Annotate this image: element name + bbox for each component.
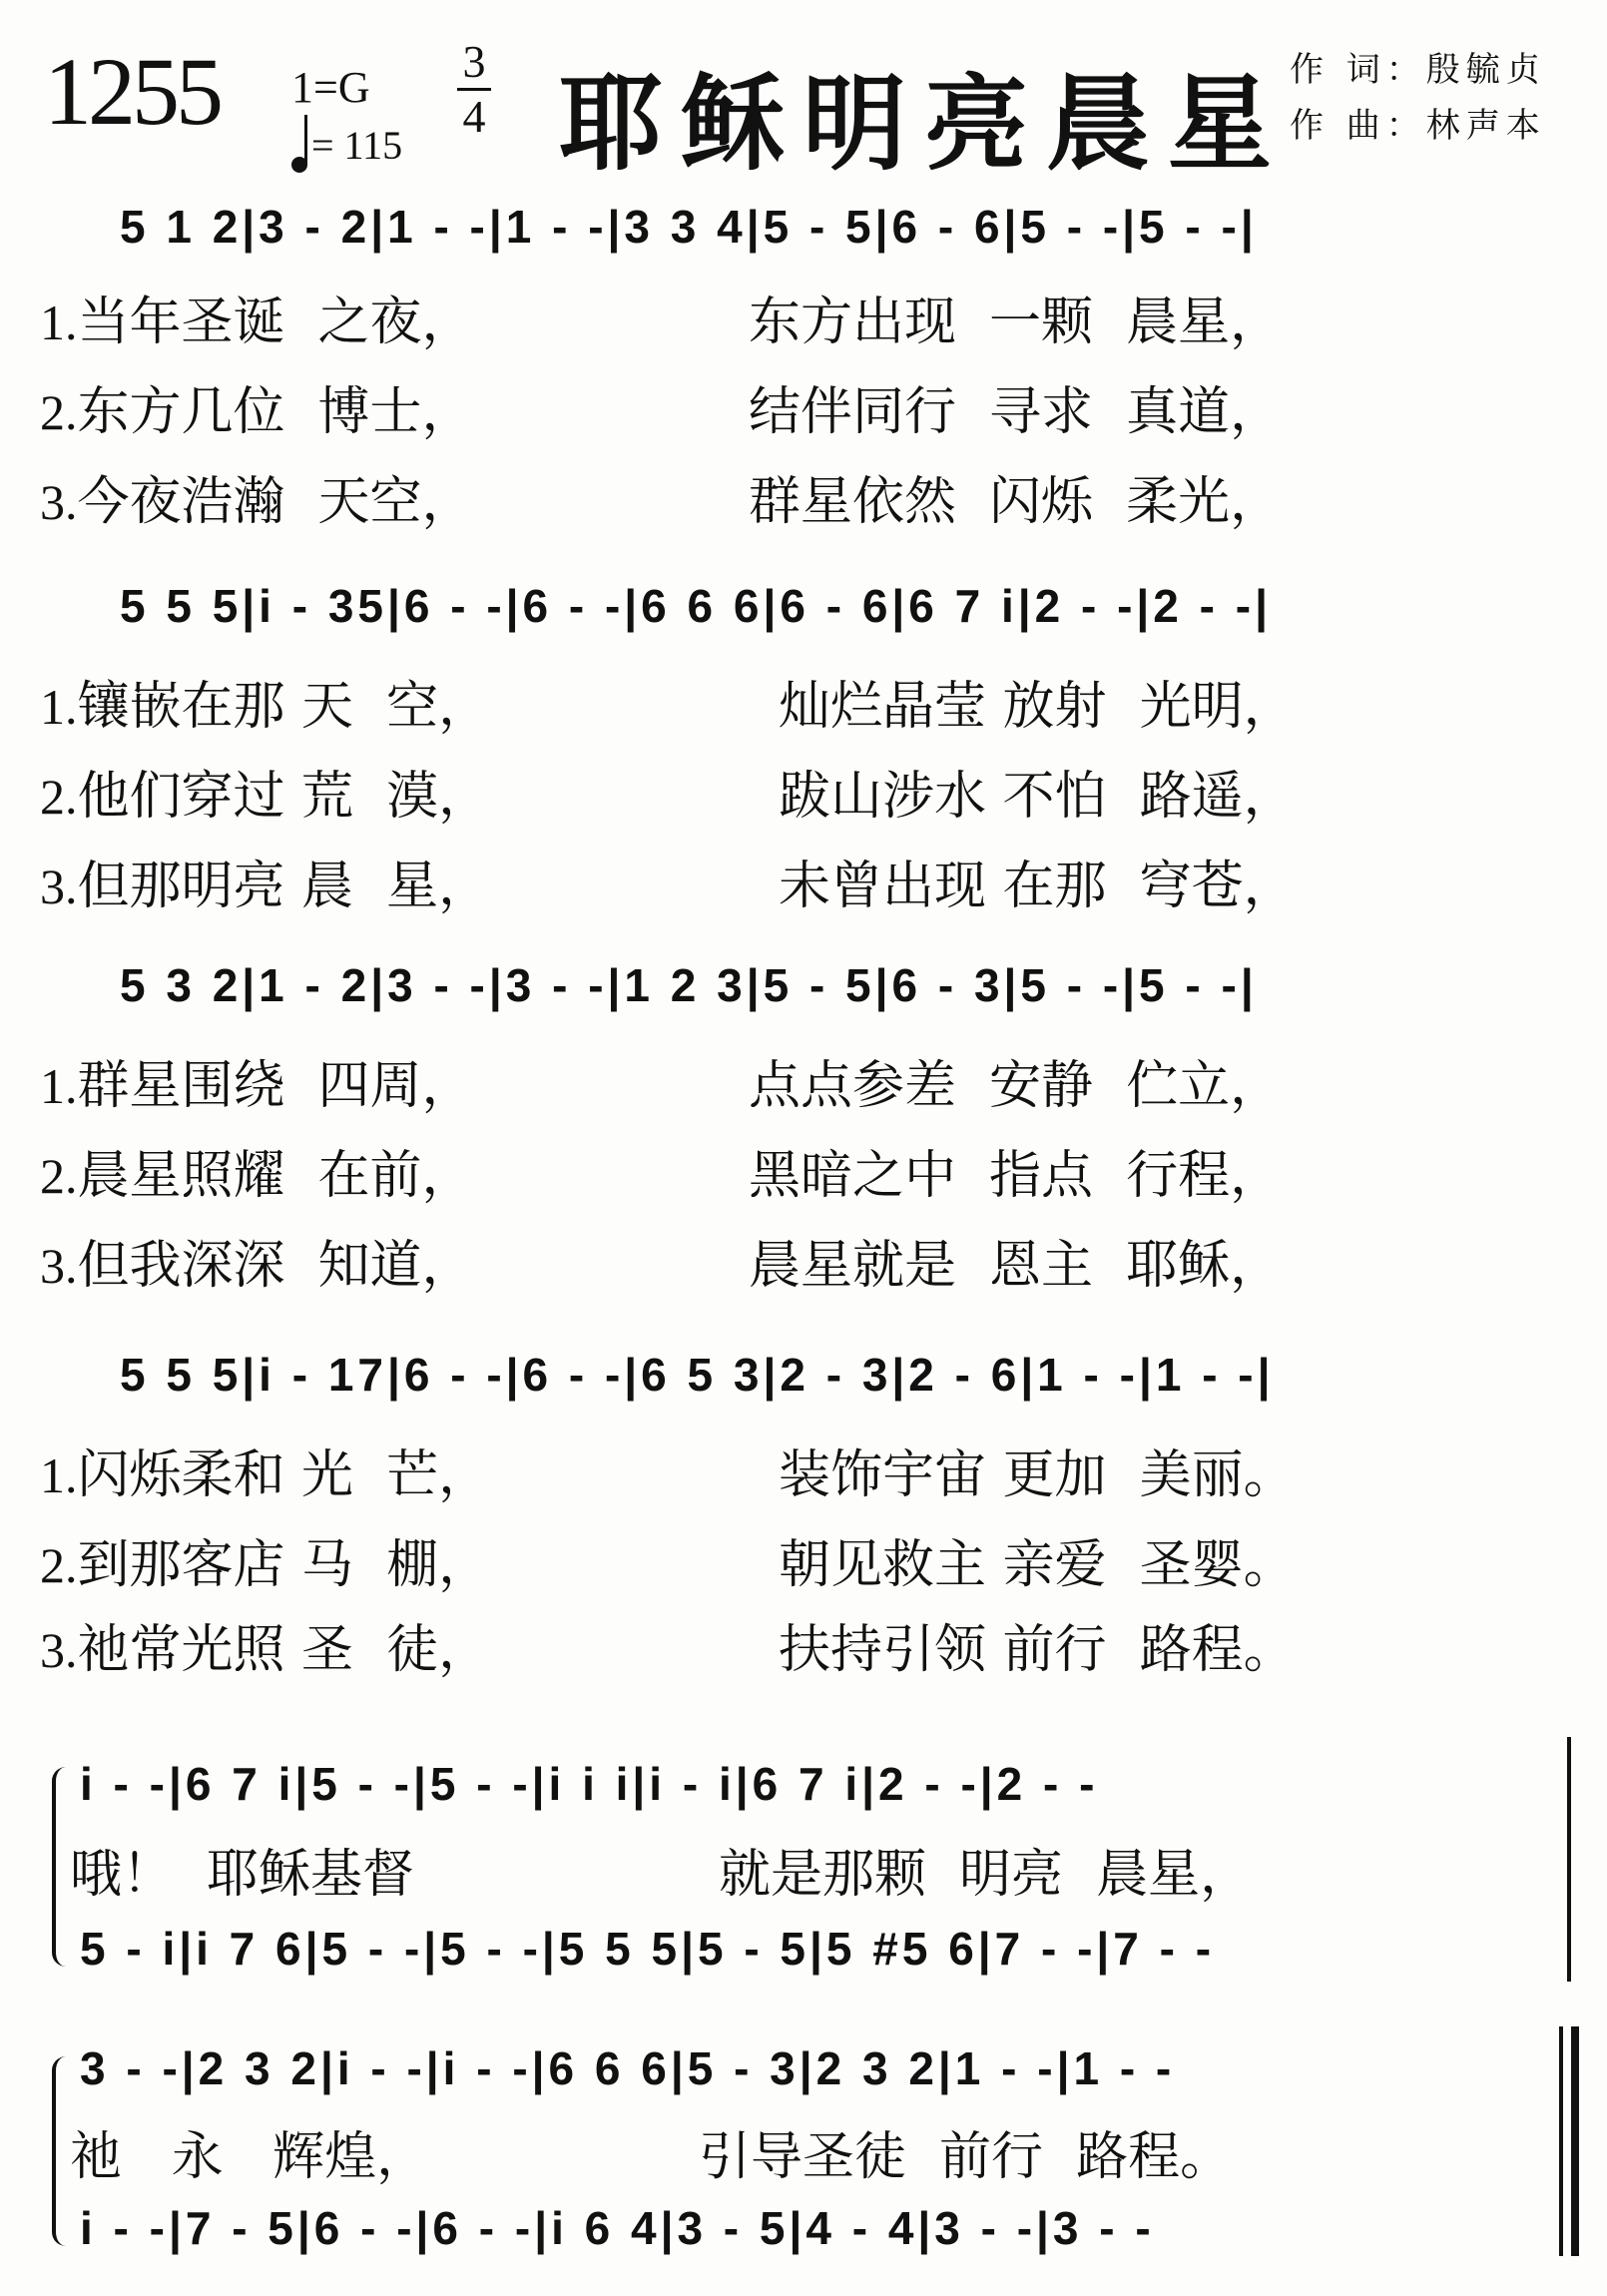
time-signature: 3 4 [457,38,491,141]
lyric-line: 1.闪烁柔和 光 芒，装饰宇宙 更加 美丽。 [40,1433,490,1507]
notation-line-1: 5 1 2|3 - 2|1 - -|1 - -|3 3 4|5 - 5|6 - … [120,200,1258,254]
lyric-line: 3.但那明亮 晨 星，未曾出现 在那 穹苍， [40,844,490,918]
song-title: 耶稣明亮晨星 [559,40,1290,190]
notation-line-2: 5 5 5|i - 35|6 - -|6 - -|6 6 6|6 - 6|6 7… [120,579,1272,633]
final-bar-line-thick [1571,2026,1579,2256]
notation-line-4: 5 5 5|i - 17|6 - -|6 - -|6 5 3|2 - 3|2 -… [120,1348,1275,1402]
lyric-line: 1.镶嵌在那 天 空，灿烂晶莹 放射 光明， [40,664,490,739]
tempo-value: = 115 [311,123,402,168]
key-signature: 1=G [291,62,370,113]
lyric-line: 3.但我深深 知道，晨星就是 恩主 耶稣， [40,1223,474,1298]
lyricist-credit: 作 词：殷毓贞 [1290,42,1546,91]
lyric-line: 2.到那客店 马 棚，朝见救主 亲爱 圣婴。 [40,1522,490,1597]
notation-line-3: 5 3 2|1 - 2|3 - -|3 - -|1 2 3|5 - 5|6 - … [120,958,1258,1012]
refrain-lower-2: i - -|7 - 5|6 - -|6 - -|i 6 4|3 - 5|4 - … [80,2201,1155,2255]
refrain-upper-2: 3 - -|2 3 2|i - -|i - -|6 6 6|5 - 3|2 3 … [80,2041,1175,2095]
lyric-line: 3.祂常光照 圣 徒，扶持引领 前行 路程。 [40,1607,490,1682]
refrain-lyric-2: 祂 永 辉煌，引导圣徒 前行 路程。 [70,2114,428,2189]
hymn-number: 1255 [44,36,220,147]
refrain-lyric-1: 哦！ 耶稣基督就是那颗 明亮 晨星， [70,1832,414,1907]
time-sig-top: 3 [463,36,486,87]
refrain-lower-1: 5 - i|i 7 6|5 - -|5 - -|5 5 5|5 - 5|5 #5… [80,1922,1215,1976]
tempo-marking: = 115 [291,122,402,169]
time-sig-bottom: 4 [463,91,486,142]
lyric-line: 2.东方几位 博士，结伴同行 寻求 真道， [40,369,474,444]
refrain-upper-1: i - -|6 7 i|5 - -|5 - -|i i i|i - i|6 7 … [80,1757,1098,1811]
quarter-note-icon [291,157,307,173]
lyric-line: 2.他们穿过 荒 漠，跋山涉水 不怕 路遥， [40,754,490,829]
lyric-line: 2.晨星照耀 在前，黑暗之中 指点 行程， [40,1133,474,1208]
composer-credit: 作 曲：林声本 [1290,98,1546,147]
bar-line [1567,1737,1571,1982]
final-bar-line [1559,2026,1563,2256]
lyric-line: 1.当年圣诞 之夜，东方出现 一颗 晨星， [40,280,474,354]
lyric-line: 1.群星围绕 四周，点点参差 安静 伫立， [40,1043,474,1118]
lyric-line: 3.今夜浩瀚 天空，群星依然 闪烁 柔光， [40,459,474,534]
